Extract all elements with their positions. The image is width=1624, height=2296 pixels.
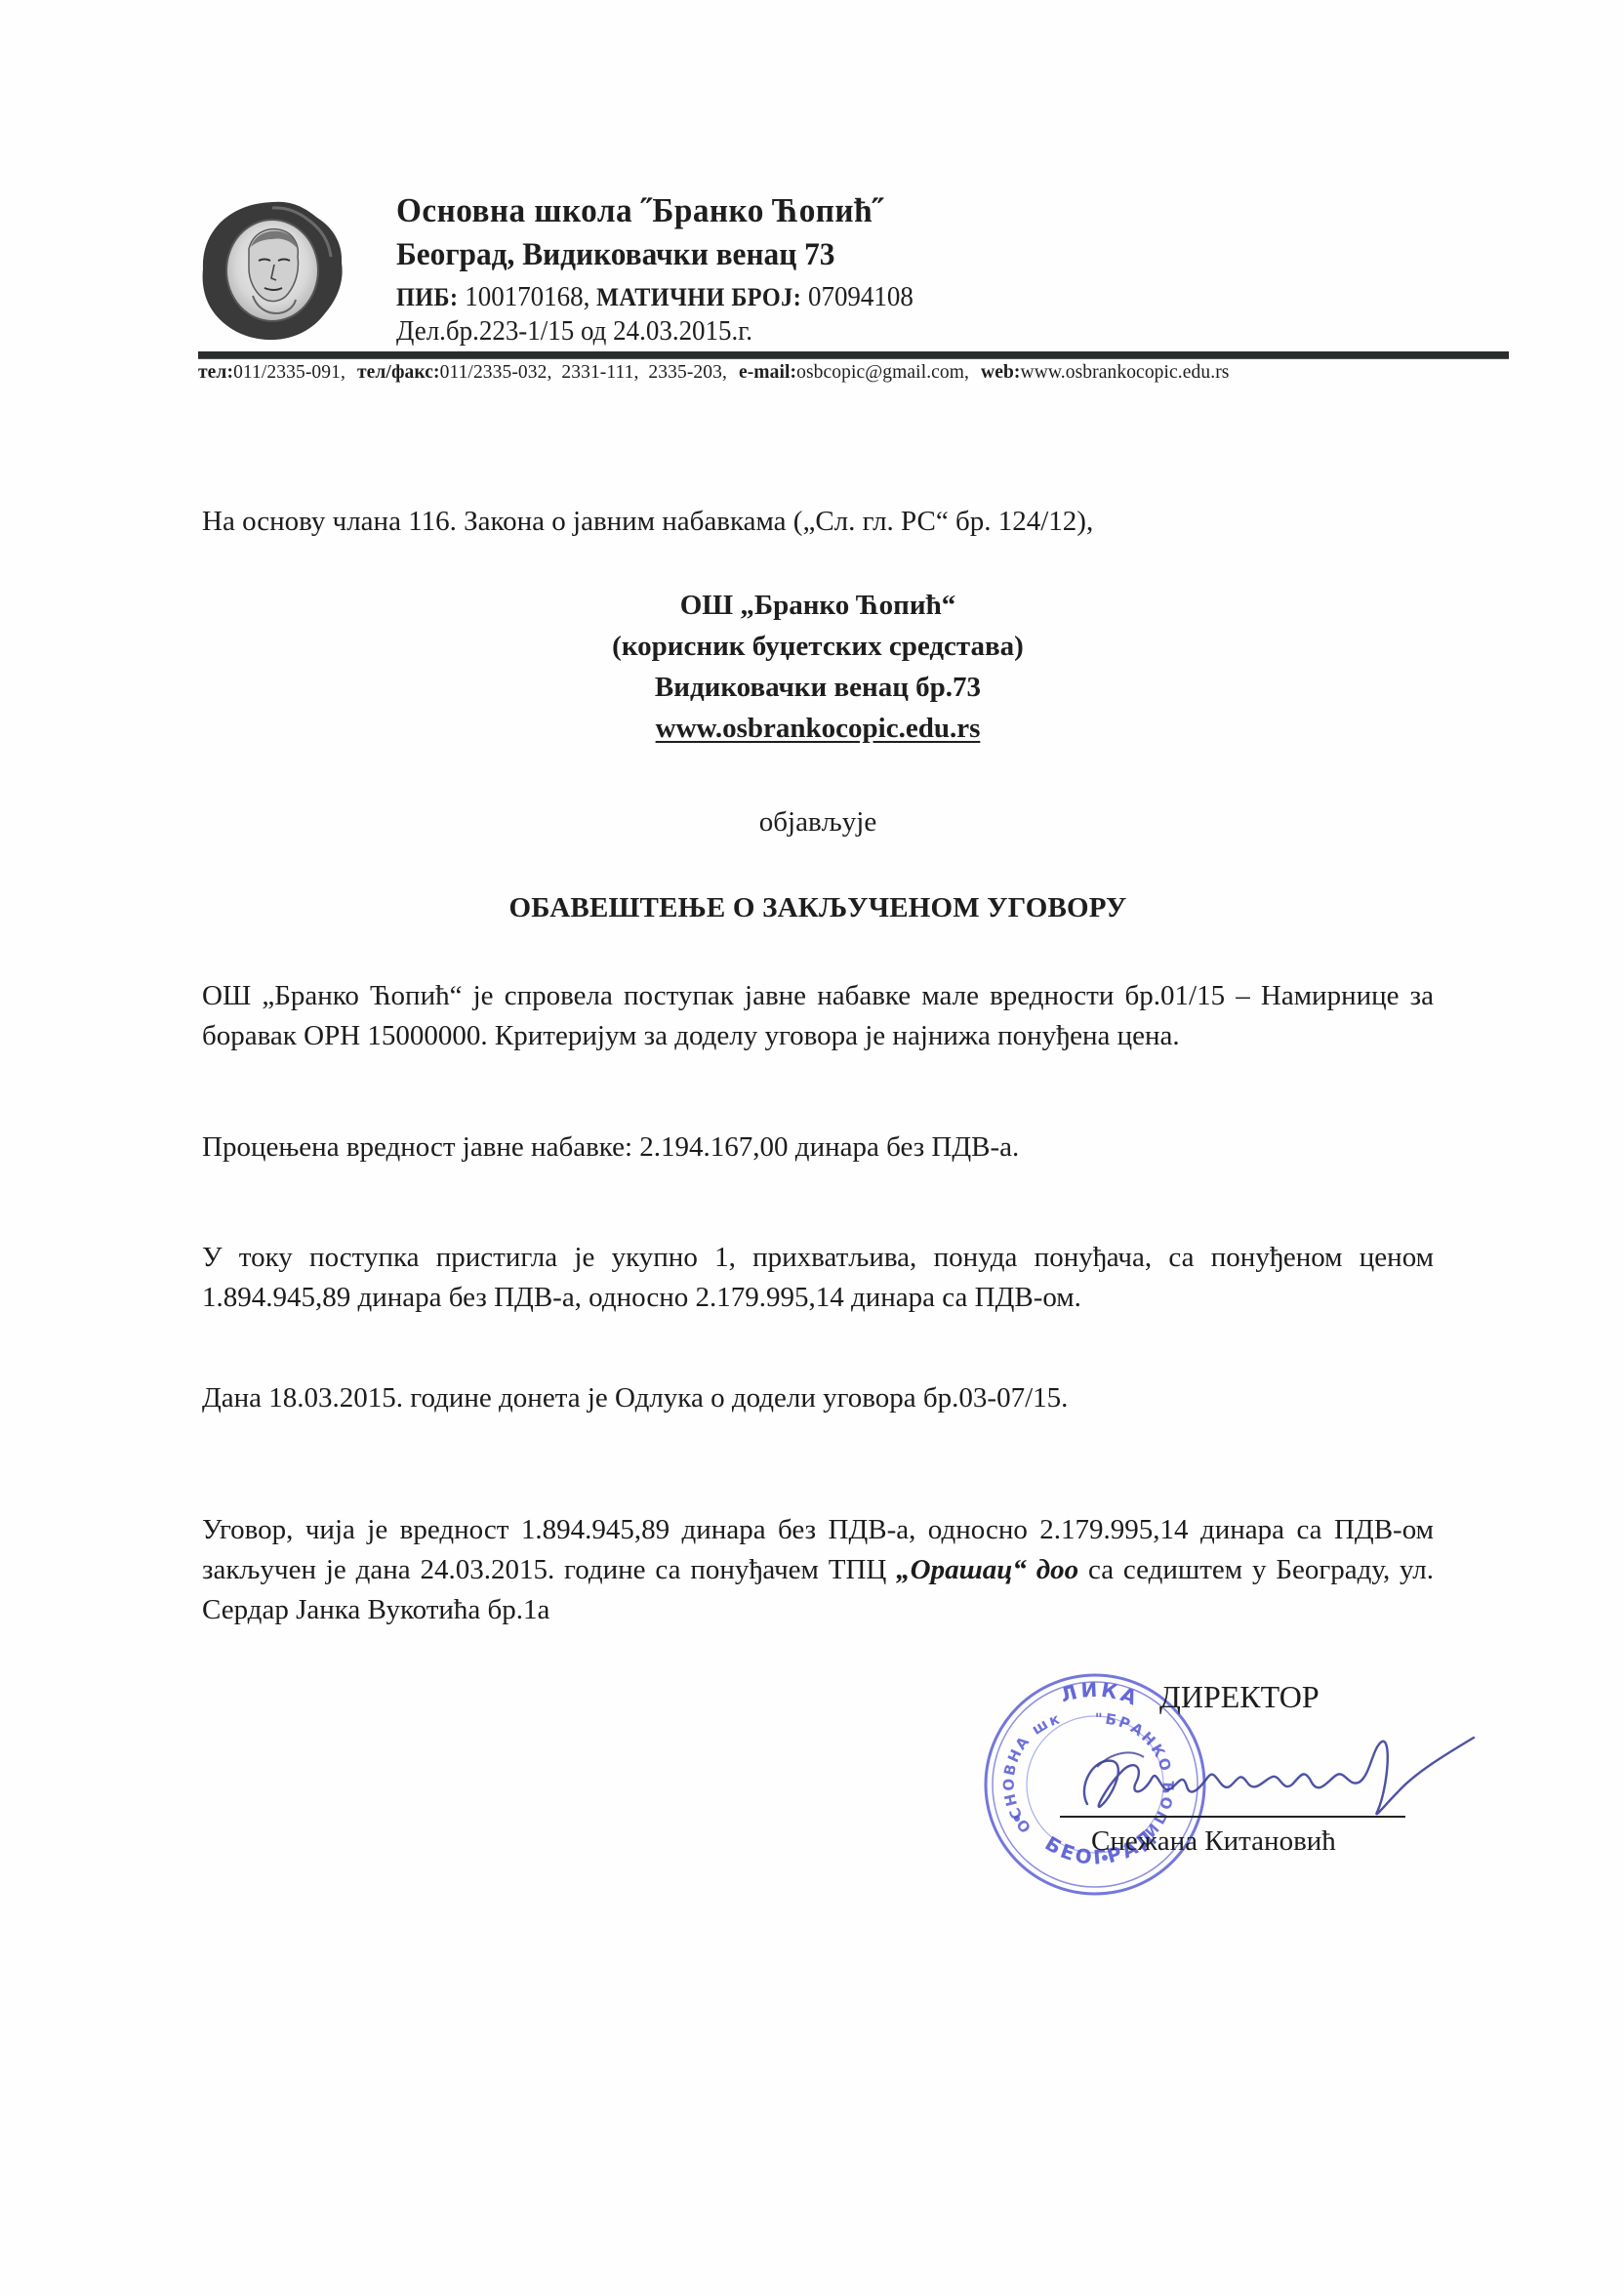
signatory-title: ДИРЕКТОР <box>1159 1679 1319 1715</box>
school-address: Београд, Видиковачки венац 73 <box>396 237 834 273</box>
document-reference: Дел.бр.223-1/15 од 24.03.2015.г. <box>396 315 752 348</box>
document-page: Основна школа ˝Бранко Ћопић˝ Београд, Ви… <box>0 0 1624 2296</box>
telfax-label: тел/факс: <box>357 362 440 383</box>
telfax-value: 011/2335-032, 2331-111, 2335-203, <box>440 362 727 383</box>
bidder-name: „Орашац“ доо <box>896 1554 1078 1585</box>
email-value[interactable]: osbcopic@gmail.com, <box>796 362 969 383</box>
signatory-name: Снежана Китановић <box>1091 1825 1336 1858</box>
signature-line <box>1060 1816 1405 1818</box>
legal-basis-intro: На основу члана 116. Закона о јавним наб… <box>202 502 1434 542</box>
offers-paragraph: У току поступка пристигла је укупно 1, п… <box>202 1238 1434 1318</box>
issuer-type: (корисник буџетских средстава) <box>202 627 1434 667</box>
document-title: ОБАВЕШТЕЊЕ О ЗАКЉУЧЕНОМ УГОВОРУ <box>202 892 1434 924</box>
issuer-address: Видиковачки венац бр.73 <box>202 668 1434 708</box>
school-name: Основна школа ˝Бранко Ћопић˝ <box>396 191 884 230</box>
tel-label: тел: <box>198 362 233 383</box>
letterhead-divider <box>198 351 1509 359</box>
issuer-website-link[interactable]: www.osbrankocopic.edu.rs <box>202 709 1434 749</box>
contact-line: тел:011/2335-091,тел/факс:011/2335-032, … <box>198 362 1229 384</box>
contract-paragraph: Уговор, чија је вредност 1.894.945,89 ди… <box>202 1510 1434 1630</box>
handwritten-signature-icon <box>1074 1728 1483 1835</box>
pib-label: ПИБ: <box>396 283 459 311</box>
svg-text:ЛИКА: ЛИКА <box>1058 1678 1143 1711</box>
email-label: e-mail: <box>739 362 796 383</box>
procedure-paragraph: ОШ „Бранко Ћопић“ је спровела поступак ј… <box>202 976 1434 1056</box>
mb-value: 07094108 <box>808 281 913 312</box>
school-ids: ПИБ: 100170168, МАТИЧНИ БРОЈ: 07094108 <box>396 281 913 313</box>
issuer-name: ОШ „Бранко Ћопић“ <box>202 586 1434 626</box>
tel-value: 011/2335-091, <box>233 362 345 383</box>
pib-value: 100170168, <box>465 281 589 312</box>
school-logo-medallion-icon <box>198 198 346 343</box>
estimated-value-paragraph: Процењена вредност јавне набавке: 2.194.… <box>202 1127 1434 1168</box>
svg-text:ОСНОВНА шк: ОСНОВНА шк <box>1000 1709 1064 1836</box>
decision-paragraph: Дана 18.03.2015. године донета је Одлука… <box>202 1378 1434 1418</box>
issuer-block: ОШ „Бранко Ћопић“ (корисник буџетских ср… <box>202 586 1434 749</box>
mb-label: МАТИЧНИ БРОЈ: <box>596 283 801 311</box>
web-label: web: <box>981 362 1020 383</box>
web-value[interactable]: www.osbrankocopic.edu.rs <box>1021 362 1230 383</box>
announces-text: објављује <box>202 806 1434 839</box>
